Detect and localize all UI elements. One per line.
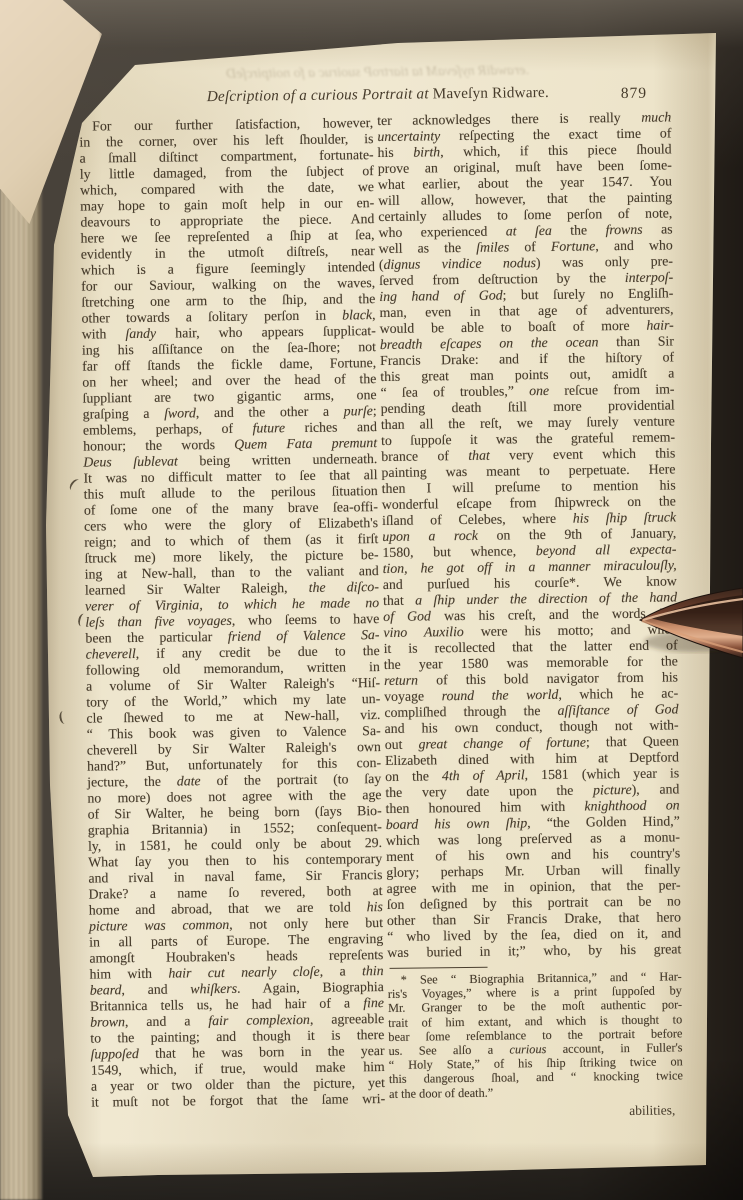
pen-nib xyxy=(634,584,743,670)
column-right-body: ter acknowledges there is really muchunc… xyxy=(377,109,681,961)
page-number: 879 xyxy=(621,85,647,103)
text-line: it muſt not be forgot that the ſame wri- xyxy=(91,1091,385,1111)
catchword: abilities, xyxy=(389,1102,683,1122)
running-head: Deſcription of a curious Portrait at Mav… xyxy=(98,83,658,108)
photo: { "page": { "running_head_italic": "Deſc… xyxy=(0,0,743,1200)
running-head-place: Maveſyn Ridware. xyxy=(433,84,549,102)
footnote-rule xyxy=(390,967,488,969)
page-content: .erawdiR nyſevaM ta tiartroP suoiruc a f… xyxy=(37,21,733,1181)
text-line: was buried in it;” who, by his great xyxy=(387,941,681,961)
running-head-title: Deſcription of a curious Portrait at xyxy=(207,85,429,105)
margin-ink-mark xyxy=(59,710,70,724)
footnote: * See “ Biographia Britannica,” and “ Ha… xyxy=(388,969,684,1100)
text-column-left: For our further ſatisfaction, however,in… xyxy=(79,115,385,1111)
show-through-text: .erawdiR nyſevaM ta tiartroP suoiruc a f… xyxy=(118,62,638,84)
margin-ink-mark xyxy=(68,477,83,493)
text-line: at the door of death.” xyxy=(389,1083,683,1101)
